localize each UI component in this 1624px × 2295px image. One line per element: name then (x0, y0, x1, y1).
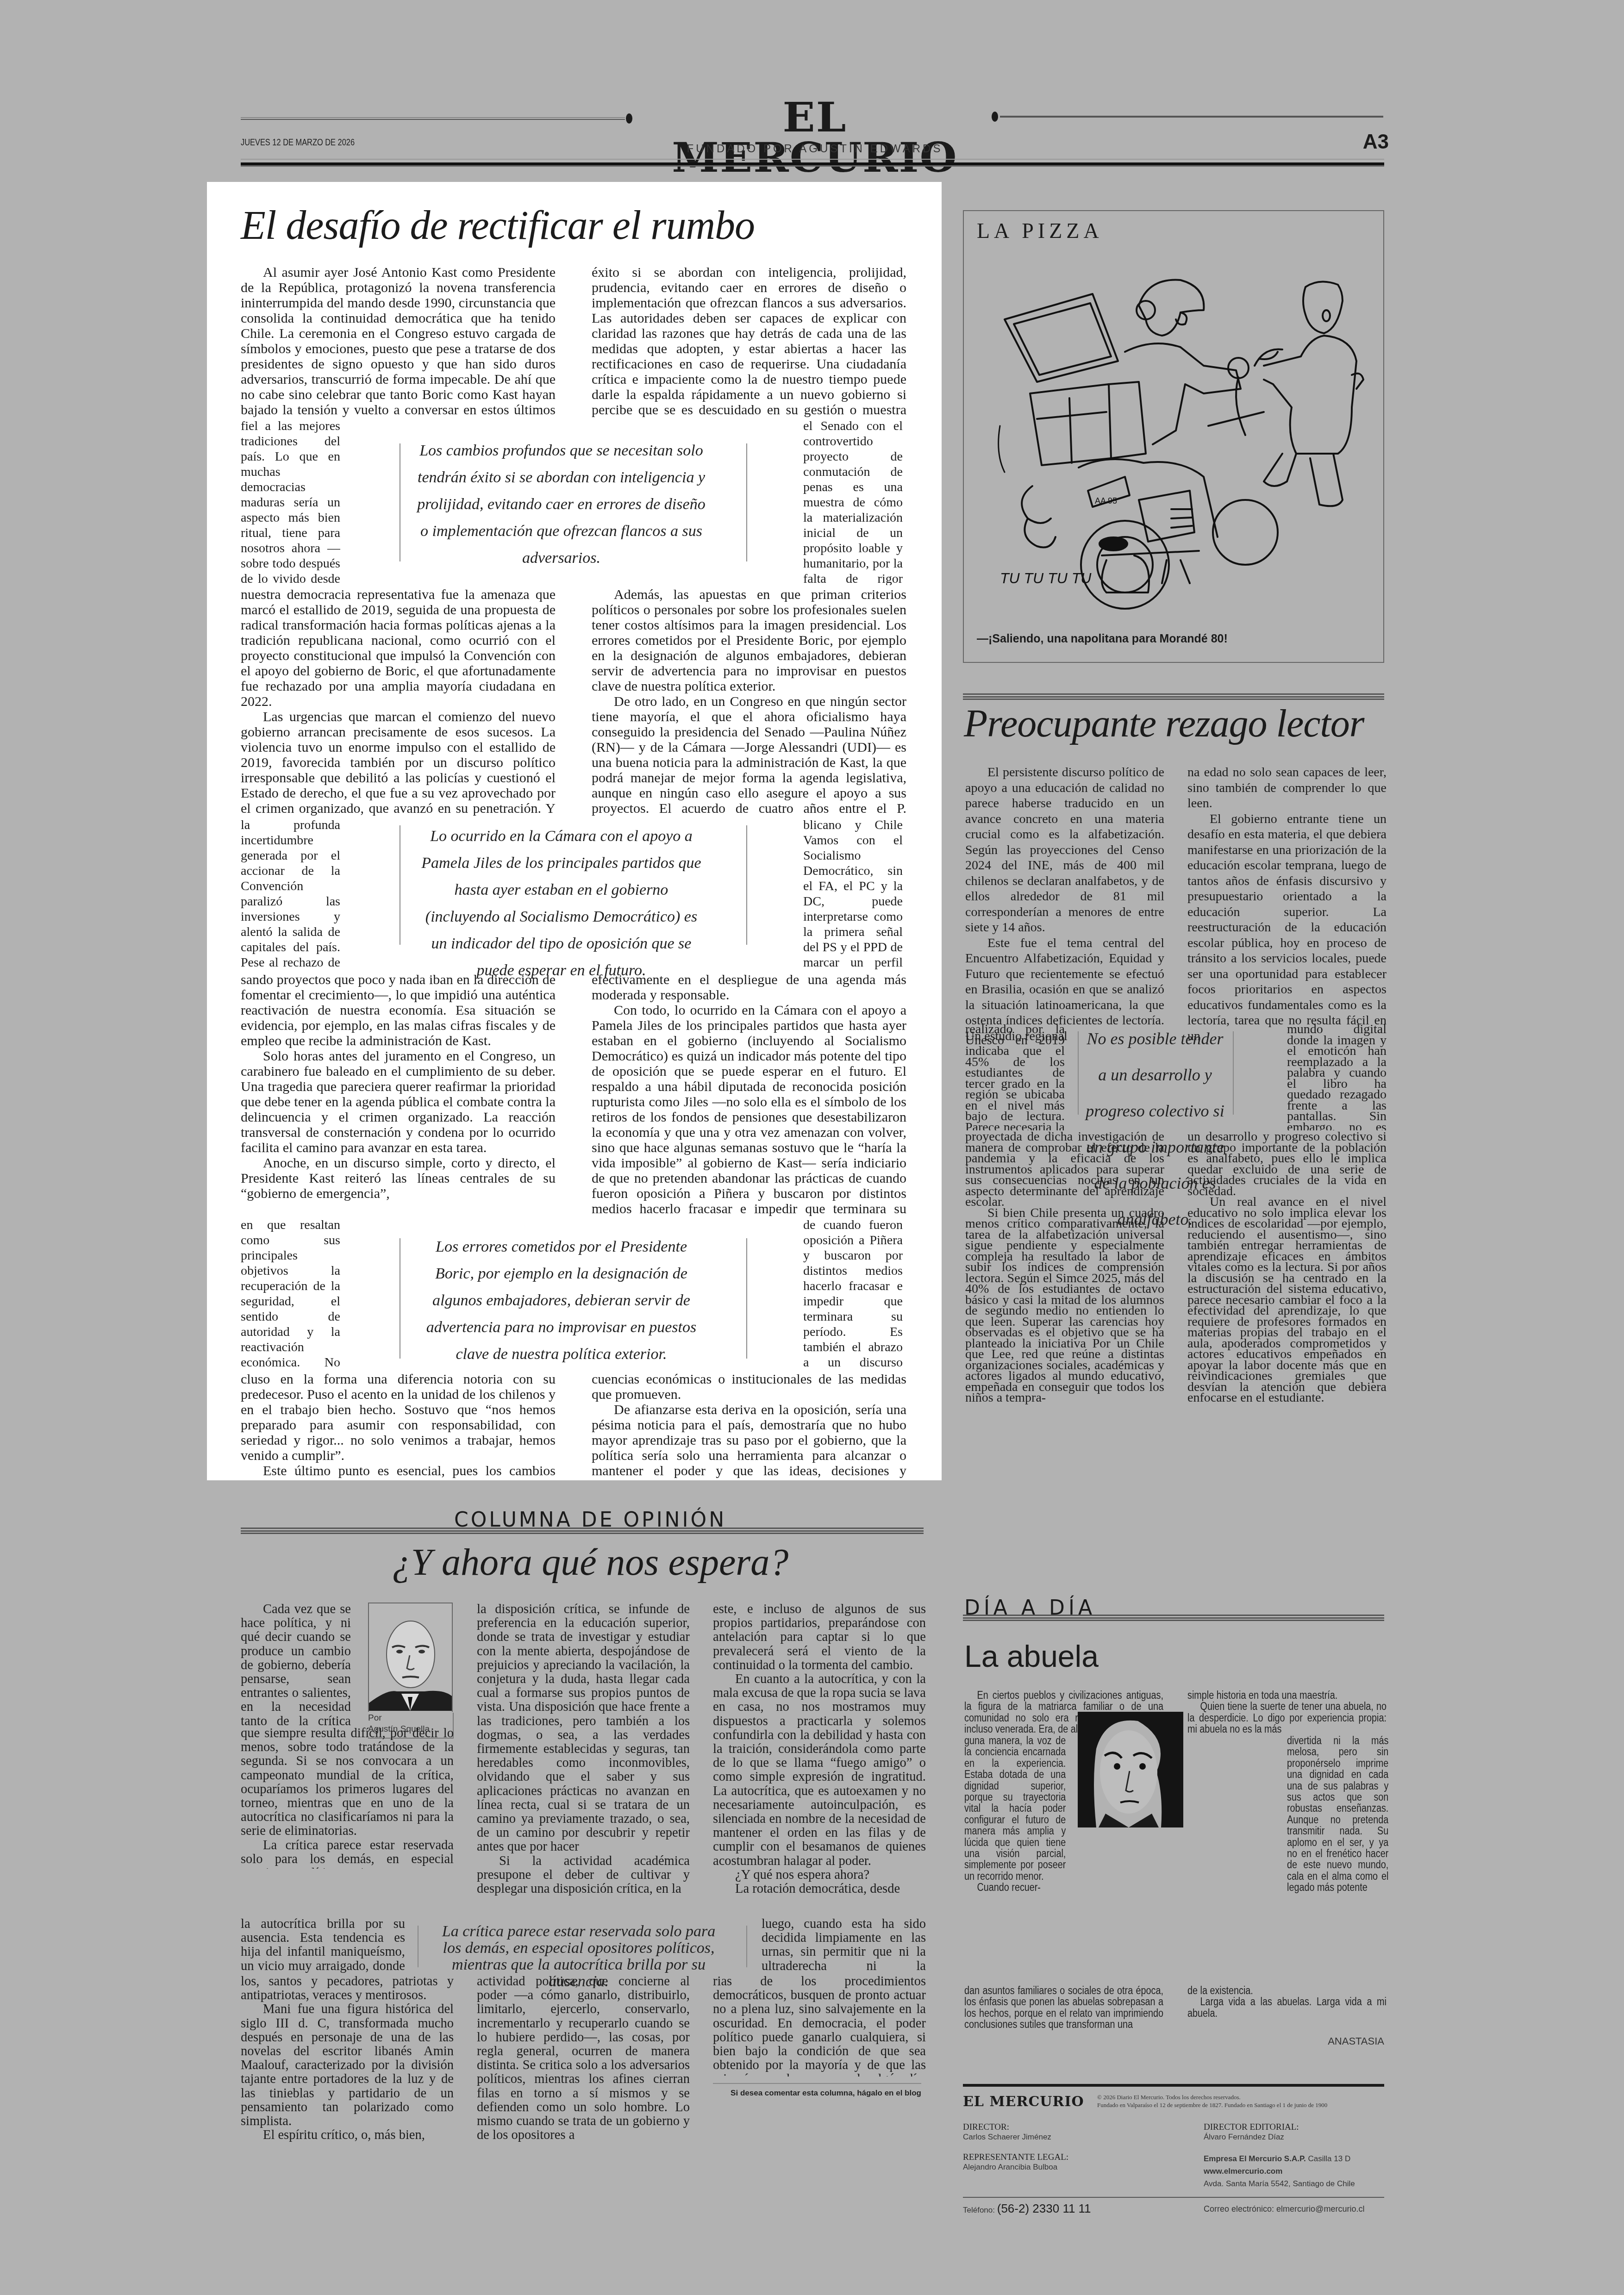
opinion-col2-bottom: actividad política, que concierne al pod… (477, 1975, 690, 2178)
editorial-paragraph-cont: el Senado con el controvertido proyecto … (803, 418, 903, 585)
page-number: A3 (1352, 131, 1389, 154)
editorial-col1-lower: sando proyectos que poco y nada iban en … (241, 972, 556, 1216)
opinion-paragraph: La rotación democrática, desde (713, 1882, 926, 1896)
editorial-paragraph: Además, las apuestas en que priman crite… (592, 587, 906, 694)
editorial-col2-top: éxito si se abordan con inteligencia, pr… (592, 265, 906, 418)
editorial-paragraph-cont: de cuando fueron oposición a Piñera y bu… (803, 1217, 903, 1370)
footer-phone: Teléfono: (56-2) 2330 11 11 (963, 2201, 1091, 2216)
opinion-paragraph-cont: luego, cuando esta ha sido decidida limp… (762, 1917, 926, 1974)
editorial-paragraph: Anoche, en un discurso simple, corto y d… (241, 1155, 556, 1201)
email-address[interactable]: elmercurio@mercurio.cl (1276, 2204, 1364, 2214)
phone-label: Teléfono: (963, 2206, 995, 2214)
editorial-col2-lower: efectivamente en el despliegue de una ag… (592, 972, 906, 1216)
editorial-col1-mid: nuestra democracia representativa fue la… (241, 587, 556, 816)
dia-paragraph: Quien tiene la suerte de tener una abuel… (1187, 1701, 1387, 1734)
editorial-col2-mid: Además, las apuestas en que priman crite… (592, 587, 906, 816)
opinion-col3-bottom: rias de los procedimientos democráticos,… (713, 1975, 926, 2077)
footer-divider (963, 2197, 1384, 2198)
pullquote-rule-right (746, 1238, 747, 1359)
section-divider (241, 1528, 924, 1534)
dia-paragraph-cont: divertida ni la más melosa, pero sin pro… (1287, 1735, 1388, 1893)
editorial-paragraph-cont: la profunda incertidumbre generada por e… (241, 817, 340, 970)
footer-logo: EL MERCURIO (963, 2094, 1084, 2110)
editorial-paragraph-cont: en que resaltan como sus principales obj… (241, 1217, 340, 1370)
byline-prefix: Por (368, 1713, 453, 1724)
pullquote-rule-left (418, 1926, 418, 1967)
opinion-col1-mid: que siempre resulta difícil, por decir l… (241, 1727, 454, 1869)
editorial-paragraph: Al asumir ayer José Antonio Kast como Pr… (241, 265, 556, 418)
issue-date: JUEVES 12 DE MARZO DE 2026 (241, 137, 355, 148)
opinion-paragraph-cont: que siempre resulta difícil, por decir l… (241, 1727, 454, 1839)
section-divider (963, 1615, 1384, 1621)
reading-paragraph-cont: mundo digital donde la imagen y el emoti… (1287, 1024, 1387, 1130)
opinion-blog-link[interactable]: Si desea comentar esta columna, hágalo e… (713, 2083, 921, 2098)
masthead-divider-thin (241, 165, 1384, 167)
editorial-paragraph: éxito si se abordan con inteligencia, pr… (592, 265, 906, 418)
po-box: Casilla 13 D (1308, 2154, 1351, 2163)
editorial-paragraph-cont: blicano y Chile Vamos con el Socialismo … (803, 817, 903, 970)
editorial-col1-narrow-2: la profunda incertidumbre generada por e… (241, 817, 340, 970)
masthead-ornament-right (992, 112, 998, 122)
opinion-col1-narrow: Cada vez que se hace política, y ni qué … (241, 1603, 351, 1727)
founded-text: Fundado en Valparaíso el 12 de septiembr… (1097, 2101, 1384, 2109)
opinion-paragraph-cont: los, santos y pecadores, patriotas y ant… (241, 1975, 454, 2002)
opinion-paragraph: Si la actividad académica presupone el d… (477, 1854, 690, 1896)
dia-paragraph: simple historia en toda una maestría. (1187, 1690, 1387, 1701)
reading-col2-bottom: un desarrollo y progreso colectivo si un… (1187, 1131, 1387, 1571)
reading-paragraph: na edad no solo sean capaces de leer, si… (1187, 765, 1387, 811)
editorial-col2-narrow-1: el Senado con el controvertido proyecto … (803, 418, 903, 585)
reading-editorial-title: Preocupante rezago lector (964, 704, 1364, 744)
editorial-paragraph: Las urgencias que marcan el comienzo del… (241, 709, 556, 816)
dia-paragraph: Larga vida a las abuelas. Larga vida a m… (1187, 1996, 1387, 2019)
editorial-paragraph: Solo horas antes del juramento en el Con… (241, 1048, 556, 1155)
opinion-col1-bottom: los, santos y pecadores, patriotas y ant… (241, 1975, 454, 2178)
pullquote-rule-right (746, 1926, 747, 1967)
email-label: Correo electrónico: (1204, 2204, 1274, 2214)
author-photo (369, 1603, 452, 1711)
editorial-paragraph-cont: efectivamente en el despliegue de una ag… (592, 972, 906, 1003)
cartoon-illustration: AA 95 TU TU TU TU (986, 259, 1366, 616)
website-link[interactable]: www.elmercurio.com (1204, 2167, 1282, 2176)
reading-paragraph: Un real avance en el nivel educativo no … (1187, 1197, 1387, 1403)
reading-col1-bottom: proyectada de dicha investigación de man… (965, 1131, 1164, 1571)
opinion-paragraph: Cada vez que se hace política, y ni qué … (241, 1603, 351, 1727)
editorial-paragraph-cont: fiel a las mejores tradiciones del país.… (241, 418, 340, 585)
opinion-paragraph: La crítica parece estar reservada solo p… (241, 1839, 454, 1869)
opinion-col3-narrow: luego, cuando esta ha sido decidida limp… (762, 1917, 926, 1974)
cartoon-caption: —¡Saliendo, una napolitana para Morandé … (977, 632, 1228, 646)
editorial-paragraph: De afianzarse esta deriva en la oposició… (592, 1402, 906, 1478)
opinion-paragraph: Mani fue una figura histórica del siglo … (241, 2002, 454, 2128)
editorial-paragraph: De otro lado, en un Congreso en que ning… (592, 694, 906, 816)
opinion-paragraph: En cuanto a la autocrítica, y con la mal… (713, 1672, 926, 1868)
editorial-col2-bottom: cuencias económicas o institucionales de… (592, 1372, 906, 1478)
footer-company-info: Empresa El Mercurio S.A.P. Casilla 13 D … (1204, 2152, 1389, 2190)
dia-a-dia-title: La abuela (964, 1639, 1099, 1674)
editorial-paragraph-cont: cuencias económicas o institucionales de… (592, 1372, 906, 1402)
editorial-pullquote-3: Los errores cometidos por el Presidente … (417, 1234, 706, 1368)
opinion-paragraph: este, e incluso de algunos de sus propio… (713, 1603, 926, 1672)
masthead-rule-right (1000, 116, 1383, 118)
cartoon-sound-effect: TU TU TU TU (1000, 570, 1092, 586)
opinion-title: ¿Y ahora qué nos espera? (231, 1541, 949, 1583)
section-divider (963, 693, 1384, 700)
footer-copyright: © 2026 Diario El Mercurio. Todos los der… (1097, 2093, 1384, 2109)
editorial-col2-narrow-3: de cuando fueron oposición a Piñera y bu… (803, 1217, 903, 1370)
editorial-col1-narrow-3: en que resaltan como sus principales obj… (241, 1217, 340, 1370)
dia-a-dia-signature: ANASTASIA (1324, 2035, 1384, 2047)
editorial-col2-narrow-2: blicano y Chile Vamos con el Socialismo … (803, 817, 903, 970)
opinion-col2-top: la disposición crítica, se infunde de pr… (477, 1603, 690, 1917)
dia-col1-narrow: guna manera, la voz de la conciencia enc… (964, 1735, 1066, 1934)
pullquote-rule-left (400, 825, 400, 945)
dia-col2-bottom: de la existencia. Larga vida a las abuel… (1187, 1985, 1387, 2027)
pullquote-rule-left (400, 443, 400, 561)
phone-number: (56-2) 2330 11 11 (997, 2201, 1091, 2215)
copyright-text: © 2026 Diario El Mercurio. Todos los der… (1097, 2093, 1384, 2101)
reading-paragraph: El persistente discurso político de apoy… (965, 765, 1164, 935)
opinion-col3-top: este, e incluso de algunos de sus propio… (713, 1603, 926, 1922)
footer-email: Correo electrónico: elmercurio@mercurio.… (1204, 2204, 1364, 2214)
legal-rep-label: REPRESENTANTE LEGAL: (963, 2152, 1157, 2163)
cartoon-kicker: LA PIZZA (977, 218, 1103, 243)
dia-col1-bottom: dan asuntos familiares o sociales de otr… (964, 1985, 1163, 2045)
masthead-subtitle: FUNDADO POR AGUSTÍN EDWARDS (639, 143, 991, 156)
footer-legal-rep: REPRESENTANTE LEGAL: Alejandro Arancibia… (963, 2152, 1157, 2172)
masthead-ornament-left (626, 113, 632, 124)
reading-col2-narrow: mundo digital donde la imagen y el emoti… (1287, 1024, 1387, 1130)
director-label: DIRECTOR: (963, 2122, 1157, 2133)
dia-paragraph: Cuando recuer- (964, 1882, 1066, 1893)
footer-editorial-director: DIRECTOR EDITORIAL: Álvaro Fernández Día… (1204, 2122, 1389, 2142)
dia-paragraph-cont: dan asuntos familiares o sociales de otr… (964, 1985, 1163, 2030)
opinion-paragraph: ¿Y qué nos espera ahora? (713, 1868, 926, 1882)
opinion-paragraph-cont: rias de los procedimientos democráticos,… (713, 1975, 926, 2077)
editorial-paragraph: Este último punto es esencial, pues los … (241, 1463, 556, 1478)
reading-paragraph-cont: proyectada de dicha investigación de man… (965, 1131, 1164, 1208)
dia-col2-top: simple historia en toda una maestría. Qu… (1187, 1690, 1387, 1736)
editorial-director-name: Álvaro Fernández Díaz (1204, 2133, 1389, 2142)
opinion-paragraph: El espíritu crítico, o, más bien, (241, 2128, 454, 2142)
svg-text:AA 95: AA 95 (1095, 496, 1117, 505)
reading-paragraph-cont: realizado por la Unesco en 2019 indicaba… (965, 1024, 1065, 1130)
editorial-paragraph: Con todo, lo ocurrido en la Cámara con e… (592, 1003, 906, 1216)
opinion-paragraph-cont: la autocrítica brilla por su ausencia. E… (241, 1917, 405, 1974)
editorial-director-label: DIRECTOR EDITORIAL: (1204, 2122, 1389, 2133)
grandmother-illustration (1078, 1712, 1183, 1827)
pullquote-rule-left (400, 1238, 400, 1359)
reading-col1-narrow: realizado por la Unesco en 2019 indicaba… (965, 1024, 1065, 1130)
editorial-col1-top: Al asumir ayer José Antonio Kast como Pr… (241, 265, 556, 418)
legal-rep-name: Alejandro Arancibia Bulboa (963, 2163, 1157, 2172)
address: Avda. Santa María 5542, Santiago de Chil… (1204, 2177, 1389, 2190)
reading-paragraph: El gobierno entrante tiene un desafío en… (1187, 811, 1387, 1044)
editorial-title: El desafío de rectificar el rumbo (241, 204, 755, 249)
dia-paragraph-cont: guna manera, la voz de la conciencia enc… (964, 1735, 1066, 1882)
editorial-pullquote-1: Los cambios profundos que se necesitan s… (417, 437, 706, 572)
editorial-paragraph: nuestra democracia representativa fue la… (241, 587, 556, 709)
editorial-col1-narrow-1: fiel a las mejores tradiciones del país.… (241, 418, 340, 585)
reading-paragraph: Si bien Chile presenta un cuadro menos c… (965, 1208, 1164, 1403)
opinion-col1-narrow-2: la autocrítica brilla por su ausencia. E… (241, 1917, 405, 1974)
editorial-col1-bottom: cluso en la forma una diferencia notoria… (241, 1372, 556, 1478)
dia-col2-narrow: divertida ni la más melosa, pero sin pro… (1287, 1735, 1388, 1952)
pullquote-rule-right (746, 443, 747, 561)
footer-director: DIRECTOR: Carlos Schaerer Jiménez (963, 2122, 1157, 2142)
masthead-rule-left (241, 117, 625, 120)
pullquote-rule-right (746, 825, 747, 945)
dia-paragraph-cont: de la existencia. (1187, 1985, 1387, 1996)
director-name: Carlos Schaerer Jiménez (963, 2133, 1157, 2142)
pullquote-rule-right (1233, 1031, 1234, 1115)
editorial-paragraph-cont: sando proyectos que poco y nada iban en … (241, 972, 556, 1048)
opinion-paragraph: la disposición crítica, se infunde de pr… (477, 1603, 690, 1854)
editorial-paragraph-cont: cluso en la forma una diferencia notoria… (241, 1372, 556, 1463)
company-name: Empresa El Mercurio S.A.P. (1204, 2154, 1306, 2163)
editorial-pullquote-2: Lo ocurrido en la Cámara con el apoyo a … (417, 823, 706, 984)
reading-paragraph-cont: un desarrollo y progreso colectivo si un… (1187, 1131, 1387, 1197)
opinion-paragraph-cont: actividad política, que concierne al pod… (477, 1975, 690, 2142)
footer-rule (963, 2084, 1384, 2087)
pullquote-rule-left (1078, 1031, 1079, 1115)
